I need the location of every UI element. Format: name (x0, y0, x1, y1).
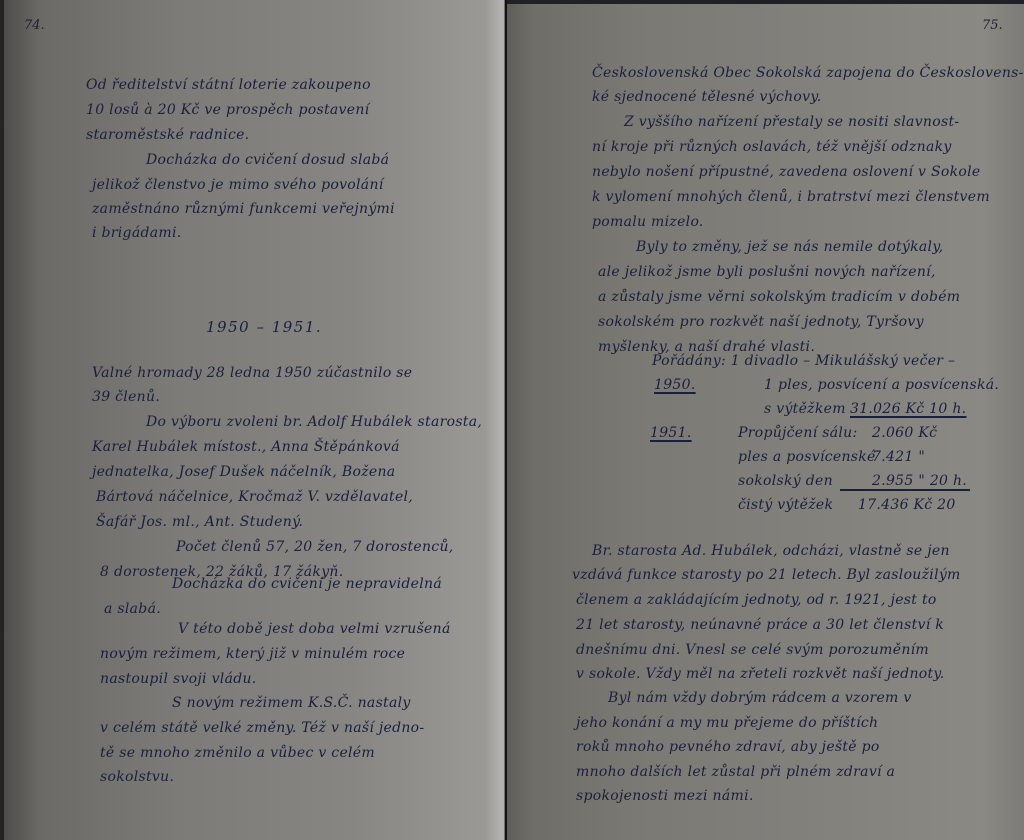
ledger-label: ples a posvícenské (738, 448, 876, 466)
page-top-edge (506, 0, 1024, 4)
ledger-label: čistý výtěžek (738, 496, 833, 514)
text-line: roků mnoho pevného zdraví, aby ještě po (576, 738, 880, 756)
text-line: V této době jest doba velmi vzrušená (178, 620, 451, 638)
text-line: spokojenosti mezi námi. (576, 787, 754, 805)
text-line: a slabá. (104, 600, 161, 618)
text-line: Československá Obec Sokolská zapojena do… (592, 64, 1024, 82)
text-line: nebylo nošení přípustné, zavedena oslove… (592, 163, 981, 181)
text-line: ké sjednocené tělesné výchovy. (592, 88, 821, 106)
text-line: Br. starosta Ad. Hubálek, odcházi, vlast… (592, 542, 950, 560)
text-line: 10 losů à 20 Kč ve prospěch postavení (86, 101, 369, 119)
page-number-right: 75. (982, 18, 1003, 33)
text-line: jelikož členstvo je mimo svého povolání (92, 176, 384, 194)
text-line: Docházka do cvičení je nepravidelná (172, 575, 442, 593)
text-line: jednatelka, Josef Dušek náčelník, Božena (92, 463, 395, 481)
text-line: tě se mnoho změnilo a vůbec v celém (100, 744, 375, 762)
text-line: zaměstnáno různými funkcemi veřejnými (92, 200, 395, 218)
text-line: Počet členů 57, 20 žen, 7 dorostenců, (176, 538, 454, 556)
text-line: v celém státě velké změny. Též v naší je… (100, 719, 424, 737)
text-line: Do výboru zvoleni br. Adolf Hubálek star… (146, 413, 482, 431)
text-line: Bártová náčelnice, Kročmaž V. vzdělavate… (96, 488, 413, 506)
year-label-1951: 1951. (650, 424, 692, 442)
text-line: jeho konání a my mu přejeme do příštích (576, 714, 878, 732)
text-line: dnešnímu dni. Vnesl se celé svým porozum… (576, 641, 929, 659)
book-left-edge (0, 0, 4, 840)
text-line: ale jelikož jsme byli poslušni nových na… (598, 263, 936, 281)
text-line: a zůstaly jsme věrni sokolským tradicím … (598, 288, 960, 306)
text-line: sokolstvu. (100, 768, 174, 786)
text-line: Byl nám vždy dobrým rádcem a vzorem v (608, 689, 912, 707)
text-line: novým režimem, který již v minulém roce (100, 645, 405, 663)
text-line: členem a zakládajícím jednoty, od r. 192… (576, 591, 937, 609)
text-line: sokolském pro rozkvět naší jednoty, Tyrš… (598, 313, 924, 331)
book-spine (505, 0, 507, 840)
page-number-left: 74. (24, 18, 45, 33)
text-line: staroměstské radnice. (86, 126, 249, 144)
text-line: Z vyššího nařízení přestaly se nositi sl… (624, 113, 959, 131)
text-line: mnoho dalších let zůstal při plném zdrav… (576, 763, 895, 781)
text-line: Valné hromady 28 ledna 1950 zúčastnilo s… (92, 364, 412, 382)
text-line: i brigádami. (92, 224, 181, 242)
text-line: Byly to změny, jež se nás nemile dotýkal… (636, 238, 943, 256)
text-line: S novým režimem K.S.Č. nastaly (172, 694, 411, 712)
text-line: nastoupil svoji vládu. (100, 670, 257, 688)
text-line: k vylomení mnohých členů, i bratrství me… (592, 188, 990, 206)
year-label-1950: 1950. (654, 376, 696, 394)
text-line: Šafář Jos. ml., Ant. Studený. (96, 513, 303, 531)
text-line: pomalu mizelo. (592, 213, 704, 231)
ledger-value: 7.421 " (872, 448, 925, 466)
events-intro: Pořádány: 1 divadlo – Mikulášský večer – (652, 352, 955, 370)
ledger-value: 2.060 Kč (872, 424, 937, 442)
text-line: ní kroje při různých oslavách, též vnějš… (592, 138, 952, 156)
text-line: Docházka do cvičení dosud slabá (146, 151, 389, 169)
text-line: 39 členů. (92, 388, 160, 406)
text-line: Od ředitelství státní loterie zakoupeno (86, 76, 371, 94)
ledger-value: 2.955 " 20 h. (872, 472, 967, 490)
text-line: vzdává funkce starosty po 21 letech. Byl… (572, 566, 961, 584)
text-line: v sokole. Vždy měl na zřeteli rozkvět na… (576, 665, 945, 683)
text-line: s výtěžkem (764, 400, 846, 418)
ledger-value: 17.436 Kč 20 (858, 496, 956, 514)
sum-rule (840, 489, 970, 491)
open-notebook: 74. Od ředitelství státní loterie zakoup… (0, 0, 1024, 840)
text-line: 1 ples, posvícení a posvícenská. (764, 376, 999, 394)
section-heading: 1950 – 1951. (206, 318, 322, 336)
total-1950: 31.026 Kč 10 h. (850, 400, 966, 418)
ledger-label: Propůjčení sálu: (738, 424, 857, 442)
ledger-label: sokolský den (738, 472, 833, 490)
text-line: 21 let starosty, neúnavné práce a 30 let… (576, 616, 944, 634)
text-line: Karel Hubálek místost., Anna Štěpánková (92, 438, 400, 456)
